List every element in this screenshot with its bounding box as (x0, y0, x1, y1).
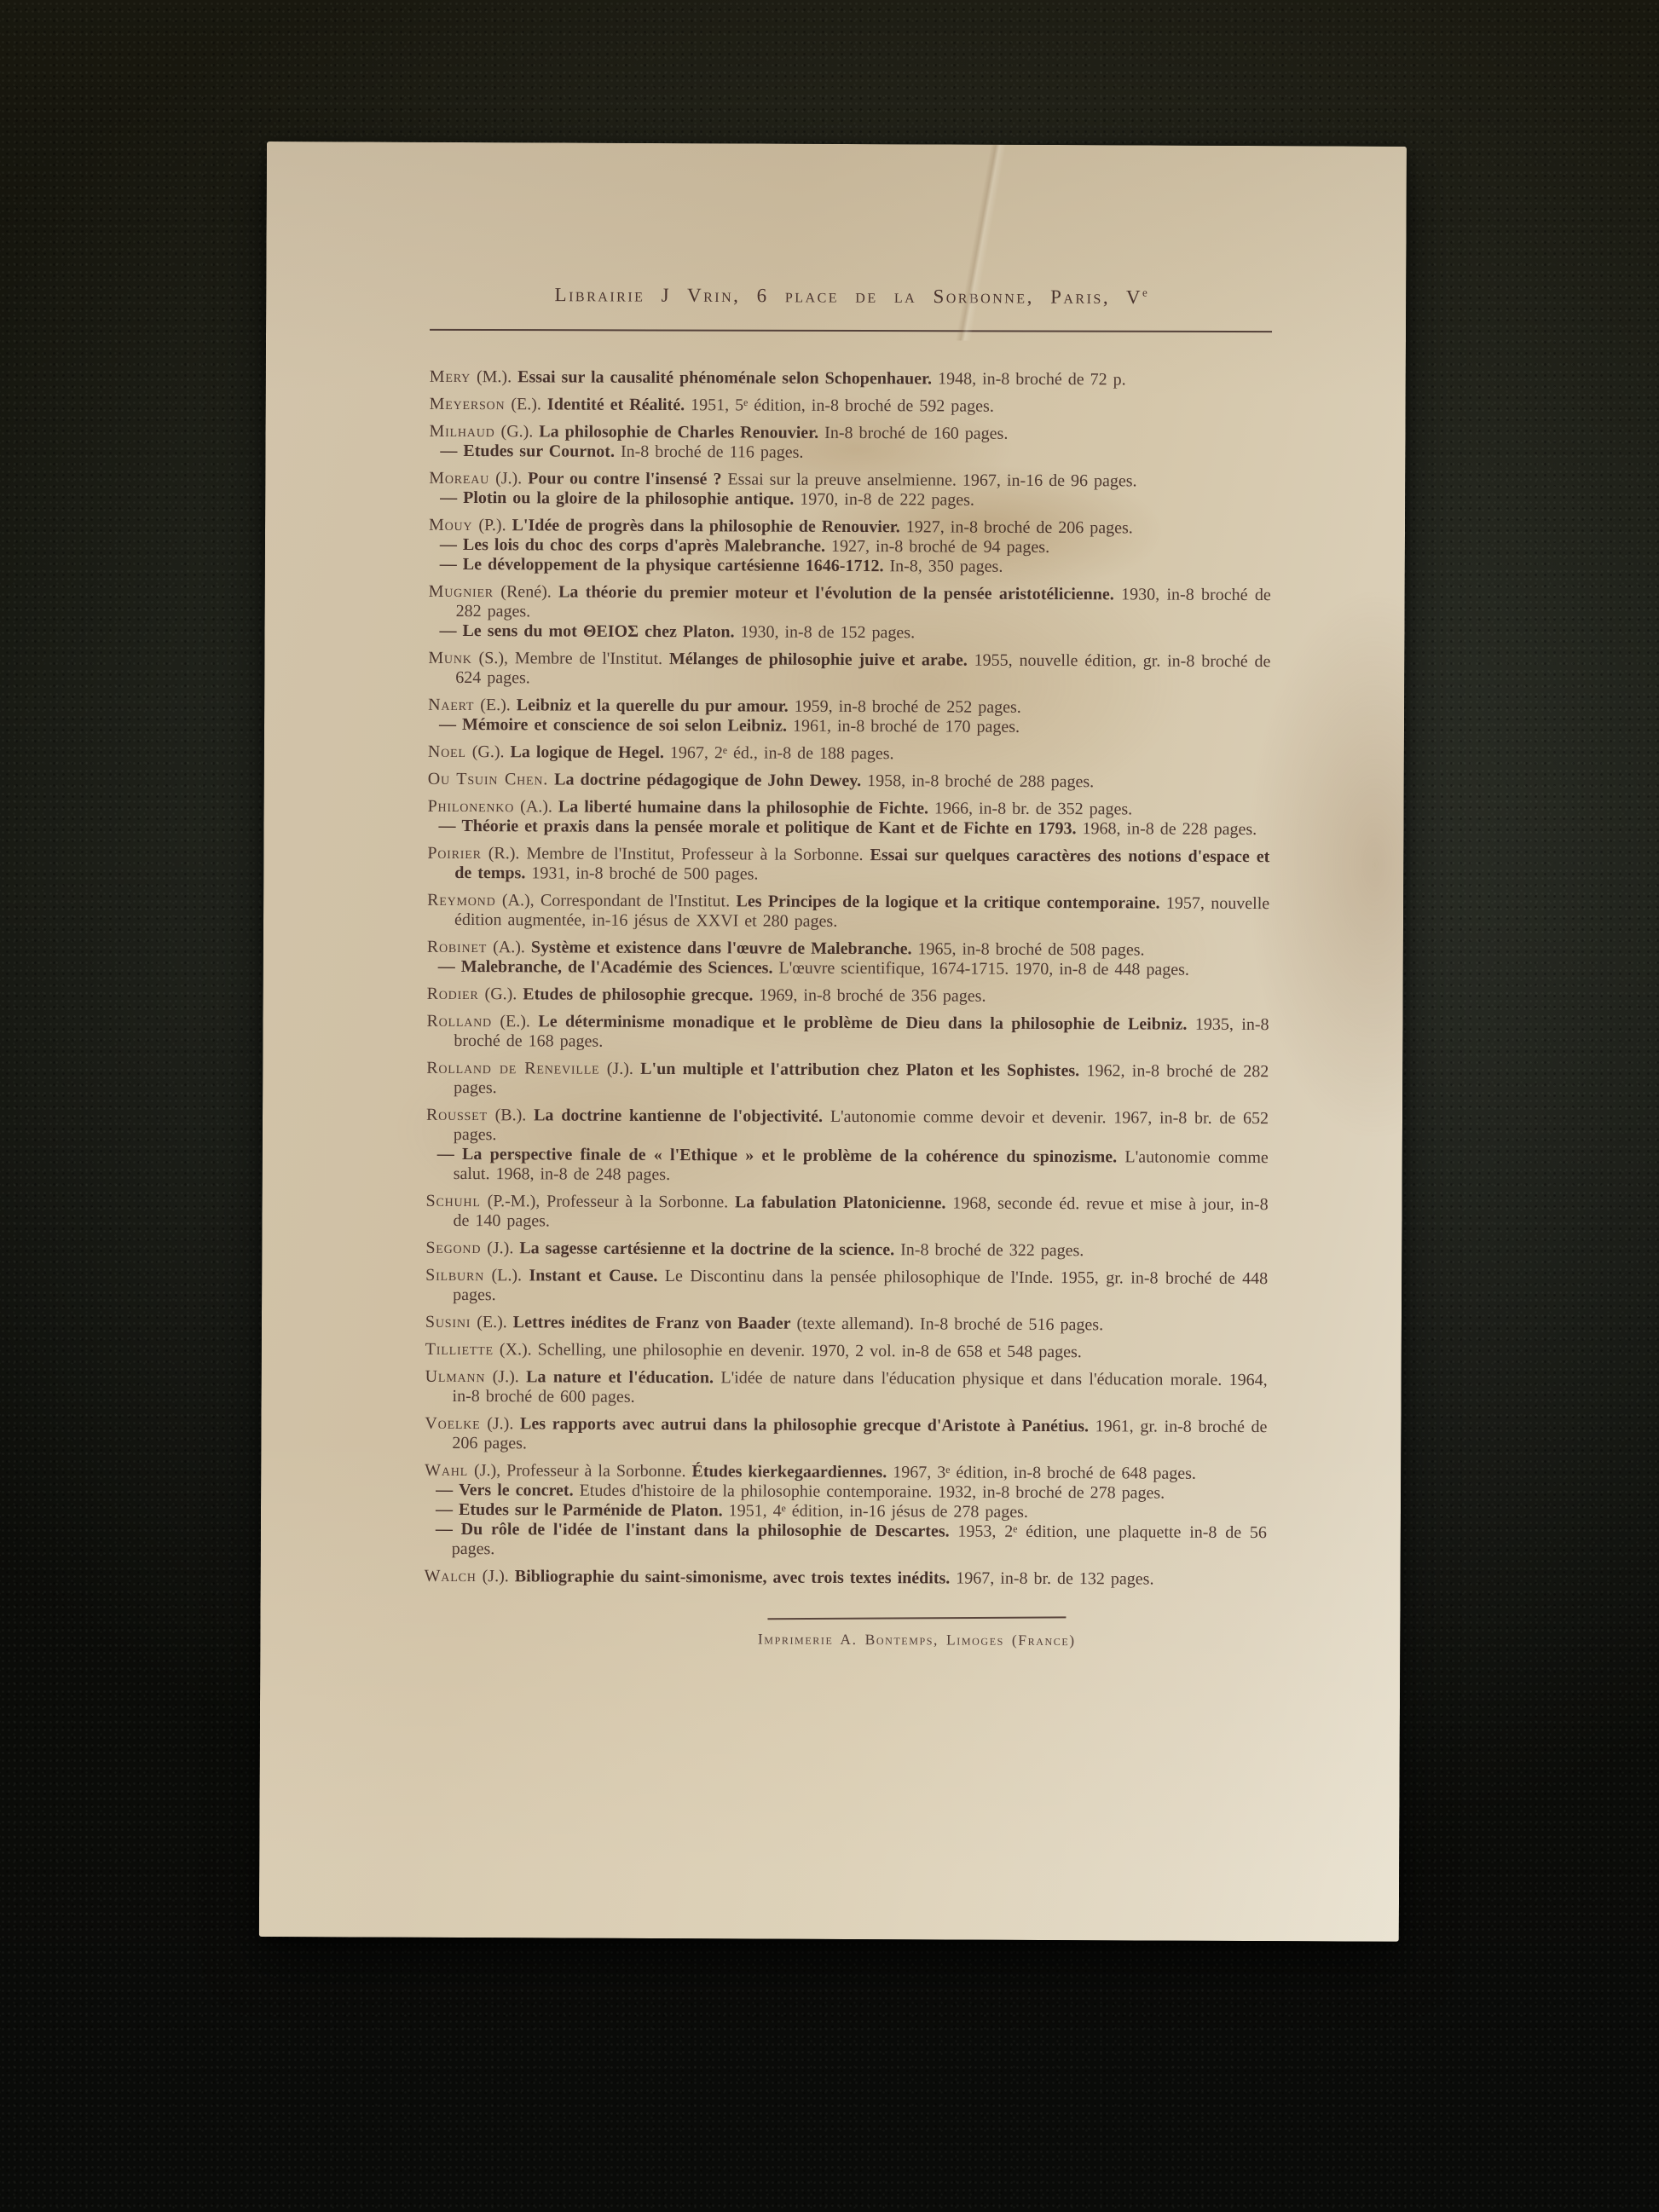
author-detail: (E.). (511, 395, 541, 413)
work-title: Les Principes de la logique et la critiq… (736, 892, 1159, 912)
work-title: Théorie et praxis dans la pensée morale … (461, 817, 1076, 838)
author-name: Susini (425, 1312, 471, 1331)
work-detail: (texte allemand). In-8 broché de 516 pag… (796, 1314, 1103, 1334)
catalog-entry: Tilliette (X.). Schelling, une philosoph… (425, 1339, 1268, 1362)
subentry-dash: — (436, 1520, 453, 1539)
work-detail: 1958, in-8 broché de 288 pages. (867, 771, 1094, 791)
work-detail: In-8, 350 pages. (889, 557, 1003, 576)
work-title: La doctrine pédagogique de John Dewey. (554, 770, 861, 790)
footer-divider (767, 1616, 1066, 1620)
work-title: Le sens du mot ΘΕΙΟΣ chez Platon. (462, 621, 734, 641)
work-detail: 1967, 3ᵉ édition, in-8 broché de 648 pag… (893, 1463, 1196, 1483)
catalog-entry: Voelke (J.). Les rapports avec autrui da… (425, 1413, 1267, 1456)
work-detail: In-8 broché de 160 pages. (824, 424, 1008, 443)
author-detail: (A.). (493, 938, 525, 956)
author-name: Segond (425, 1238, 481, 1256)
work-detail: 1969, in-8 broché de 356 pages. (759, 985, 986, 1005)
work-title: La liberté humaine dans la philosophie d… (558, 797, 928, 817)
author-name: Milhaud (429, 421, 494, 440)
author-name: Mery (430, 367, 471, 385)
author-detail: (G.). (472, 742, 505, 761)
catalog-subentry: — Le sens du mot ΘΕΙΟΣ chez Platon. 1930… (428, 621, 1270, 644)
catalog-subentry: — Plotin ou la gloire de la philosophie … (429, 488, 1271, 511)
catalog-entry: Mugnier (René). La théorie du premier mo… (429, 581, 1271, 624)
work-title: La doctrine kantienne de l'objectivité. (534, 1106, 823, 1125)
catalog-entry: Walch (J.). Bibliographie du saint-simon… (425, 1566, 1267, 1589)
photo-background: Librairie J Vrin, 6 place de la Sorbonne… (0, 0, 1659, 2212)
author-name: Voelke (425, 1413, 480, 1432)
author-name: Mugnier (429, 581, 494, 600)
work-detail: 1967, 2ᵉ éd., in-8 de 188 pages. (670, 743, 894, 763)
work-title: Essai sur la causalité phénoménale selon… (517, 367, 932, 388)
author-detail: (E.). (480, 696, 511, 714)
work-detail: 1930, in-8 de 152 pages. (740, 622, 915, 642)
work-detail: 1927, in-8 broché de 206 pages. (906, 517, 1133, 537)
author-detail: (P.). (478, 516, 506, 534)
catalog-entry: Mery (M.). Essai sur la causalité phénom… (430, 367, 1272, 390)
footer: Imprimerie A. Bontemps, Limoges (France) (618, 1615, 1215, 1649)
subentry-dash: — (436, 1500, 453, 1519)
work-title: Lettres inédites de Franz von Baader (513, 1313, 791, 1332)
author-detail: (J.). (487, 1414, 513, 1433)
author-detail: (R.). Membre de l'Institut, Professeur à… (488, 844, 864, 864)
author-detail: (J.). (493, 1367, 519, 1386)
subentry-dash: — (439, 715, 456, 734)
work-title: Plotin ou la gloire de la philosophie an… (463, 488, 794, 509)
work-title: La logique de Hegel. (510, 742, 664, 762)
work-title: Vers le concret. (459, 1481, 574, 1500)
author-detail: (A.). (520, 797, 552, 816)
author-detail: (P.-M.), Professeur à la Sorbonne. (488, 1192, 729, 1211)
catalog-entry: Silburn (L.). Instant et Cause. Le Disco… (425, 1265, 1268, 1308)
work-detail: 1961, in-8 broché de 170 pages. (793, 716, 1020, 736)
author-name: Poirier (427, 843, 481, 862)
work-detail: 1968, in-8 de 228 pages. (1082, 819, 1257, 839)
publisher-header: Librairie J Vrin, 6 place de la Sorbonne… (430, 277, 1272, 311)
catalog-subentry: — Etudes sur Cournot. In-8 broché de 116… (429, 441, 1271, 464)
catalog-entry: Rodier (G.). Etudes de philosophie grecq… (427, 984, 1269, 1007)
catalog-subentry: — La perspective finale de « l'Ethique »… (426, 1144, 1269, 1187)
work-detail: 1965, in-8 broché de 508 pages. (917, 939, 1144, 959)
subentry-dash: — (437, 1145, 454, 1164)
author-detail: (G.). (485, 985, 517, 1003)
catalog-entry: Rolland de Reneville (J.). L'un multiple… (426, 1058, 1269, 1100)
author-name: Meyerson (430, 394, 506, 413)
catalog-subentry: — Théorie et praxis dans la pensée moral… (427, 816, 1269, 839)
work-title: Le déterminisme monadique et le problème… (538, 1012, 1187, 1033)
work-detail: In-8 broché de 116 pages. (621, 442, 804, 461)
work-title: Mélanges de philosophie juive et arabe. (669, 650, 968, 670)
author-name: Robinet (427, 937, 487, 956)
author-name: Rolland (426, 1011, 492, 1030)
catalog-entry: Susini (E.). Lettres inédites de Franz v… (425, 1312, 1268, 1335)
author-name: Rodier (427, 984, 479, 1002)
catalog-entry: Schuhl (P.-M.), Professeur à la Sorbonne… (425, 1191, 1268, 1233)
author-detail: (B.). (495, 1106, 527, 1124)
work-detail: L'œuvre scientifique, 1674-1715. 1970, i… (778, 958, 1188, 979)
catalog-entry: Meyerson (E.). Identité et Réalité. 1951… (430, 394, 1272, 417)
author-detail: (René). (500, 582, 552, 601)
author-name: Silburn (425, 1265, 484, 1284)
work-detail: 1967, in-8 br. de 132 pages. (956, 1568, 1153, 1588)
author-name: Tilliette (425, 1339, 494, 1358)
catalog-page: Librairie J Vrin, 6 place de la Sorbonne… (259, 141, 1407, 1942)
work-title: Mémoire et conscience de soi selon Leibn… (462, 715, 787, 736)
work-title: Leibniz et la querelle du pur amour. (517, 696, 789, 715)
catalog-entry: Reymond (A.), Correspondant de l'Institu… (427, 890, 1269, 933)
work-title: Etudes de philosophie grecque. (523, 985, 753, 1004)
subentry-dash: — (436, 1481, 453, 1499)
subentry-dash: — (440, 488, 457, 507)
work-title: Bibliographie du saint-simonisme, avec t… (515, 1567, 951, 1587)
subentry-dash: — (438, 957, 455, 976)
work-detail: Etudes d'histoire de la philosophie cont… (580, 1481, 1165, 1502)
work-title: La fabulation Platonicienne. (735, 1193, 946, 1212)
work-detail: 1927, in-8 broché de 94 pages. (831, 537, 1049, 557)
catalog-subentry: — Le développement de la physique cartés… (429, 554, 1271, 577)
subentry-dash: — (440, 442, 457, 460)
catalog-entry: Munk (S.), Membre de l'Institut. Mélange… (428, 648, 1270, 690)
subentry-dash: — (440, 555, 457, 574)
page-content: Librairie J Vrin, 6 place de la Sorbonne… (260, 141, 1407, 1650)
work-detail: 1951, 4ᵉ édition, in-16 jésus de 278 pag… (729, 1501, 1028, 1522)
author-detail: (J.). (607, 1059, 633, 1077)
catalog-list: Mery (M.). Essai sur la causalité phénom… (425, 367, 1272, 1589)
author-detail: (J.). (483, 1567, 509, 1585)
work-title: Instant et Cause. (529, 1266, 657, 1285)
catalog-entry: Rolland (E.). Le déterminisme monadique … (426, 1011, 1269, 1054)
author-detail: (A.), Correspondant de l'Institut. (502, 891, 730, 910)
author-detail: (E.). (500, 1012, 530, 1031)
author-detail: (G.). (501, 422, 534, 441)
work-detail: 1931, in-8 broché de 500 pages. (531, 863, 758, 883)
catalog-subentry: — Du rôle de l'idée de l'instant dans la… (425, 1519, 1267, 1562)
work-title: Etudes sur le Parménide de Platon. (459, 1500, 723, 1520)
catalog-subentry: — Mémoire et conscience de soi selon Lei… (428, 714, 1270, 737)
work-title: Du rôle de l'idée de l'instant dans la p… (461, 1520, 950, 1540)
catalog-entry: Ulmann (J.). La nature et l'éducation. L… (425, 1366, 1268, 1409)
work-title: Etudes sur Cournot. (463, 442, 615, 461)
work-title: Les rapports avec autrui dans la philoso… (520, 1414, 1089, 1435)
catalog-subentry: — Malebranche, de l'Académie des Science… (427, 956, 1269, 979)
catalog-entry: Rousset (B.). La doctrine kantienne de l… (426, 1105, 1269, 1147)
author-name: Naert (428, 695, 474, 713)
work-detail: 1970, in-8 de 222 pages. (800, 489, 974, 509)
subentry-dash: — (440, 535, 457, 554)
work-title: La nature et l'éducation. (526, 1367, 714, 1387)
author-detail: (L.). (491, 1266, 522, 1285)
author-name: Philonenko (428, 796, 515, 815)
work-title: L'Idée de progrès dans la philosophie de… (512, 516, 900, 536)
work-detail: In-8 broché de 322 pages. (900, 1240, 1084, 1260)
catalog-entry: Poirier (R.). Membre de l'Institut, Prof… (427, 843, 1269, 886)
author-detail: (M.). (477, 367, 512, 386)
work-title: Les lois du choc des corps d'après Maleb… (463, 535, 825, 556)
work-detail: 1959, in-8 broché de 252 pages. (795, 696, 1021, 716)
author-name: Reymond (427, 890, 495, 909)
work-title: Identité et Réalité. (547, 395, 685, 414)
work-title: La théorie du premier moteur et l'évolut… (558, 582, 1114, 604)
author-name: Noel (428, 742, 466, 760)
work-title: Système et existence dans l'œuvre de Mal… (531, 938, 912, 958)
subentry-dash: — (438, 817, 455, 835)
arrondissement-superscript: e (1142, 286, 1147, 298)
publisher-line: Librairie J Vrin, 6 place de la Sorbonne… (555, 284, 1143, 308)
catalog-entry: Noel (G.). La logique de Hegel. 1967, 2ᵉ… (428, 742, 1270, 765)
work-detail: 1951, 5ᵉ édition, in-8 broché de 592 pag… (691, 396, 994, 416)
work-title: Études kierkegaardiennes. (692, 1462, 887, 1481)
author-detail: (J.). (495, 469, 522, 488)
author-name: Ulmann (425, 1366, 486, 1385)
author-name: Rolland de Reneville (426, 1058, 599, 1077)
author-name: Munk (428, 648, 471, 667)
work-title: Le développement de la physique cartésie… (463, 555, 884, 575)
work-title: La philosophie de Charles Renouvier. (539, 422, 818, 442)
author-name: Ou Tsuin Chen. (428, 769, 548, 788)
author-name: Rousset (426, 1105, 488, 1123)
work-detail: Schelling, une philosophie en devenir. 1… (538, 1340, 1082, 1361)
work-detail: Essai sur la preuve anselmienne. 1967, i… (727, 470, 1136, 490)
work-title: La perspective finale de « l'Ethique » e… (462, 1145, 1117, 1166)
imprint-line: Imprimerie A. Bontemps, Limoges (France) (618, 1629, 1215, 1649)
author-name: Mouy (429, 515, 472, 534)
catalog-entry: Ou Tsuin Chen. La doctrine pédagogique d… (428, 769, 1270, 792)
author-detail: (J.). (487, 1239, 513, 1257)
work-title: Malebranche, de l'Académie des Sciences. (461, 957, 773, 978)
header-divider (430, 329, 1272, 332)
author-name: Moreau (429, 468, 489, 487)
work-title: La sagesse cartésienne et la doctrine de… (519, 1239, 894, 1259)
catalog-entry: Segond (J.). La sagesse cartésienne et l… (425, 1238, 1268, 1261)
work-title: L'un multiple et l'attribution chez Plat… (640, 1060, 1079, 1080)
work-title: Pour ou contre l'insensé ? (528, 469, 721, 488)
author-detail: (E.). (477, 1313, 507, 1331)
work-detail: 1966, in-8 br. de 352 pages. (934, 799, 1132, 818)
author-name: Schuhl (426, 1191, 481, 1210)
author-detail: (S.), Membre de l'Institut. (479, 649, 663, 668)
author-detail: (X.). (500, 1340, 532, 1359)
author-detail: (J.), Professeur à la Sorbonne. (474, 1461, 686, 1481)
author-name: Walch (425, 1566, 477, 1585)
work-detail: 1948, in-8 broché de 72 p. (938, 369, 1126, 389)
author-name: Wahl (425, 1460, 468, 1479)
subentry-dash: — (439, 621, 456, 640)
